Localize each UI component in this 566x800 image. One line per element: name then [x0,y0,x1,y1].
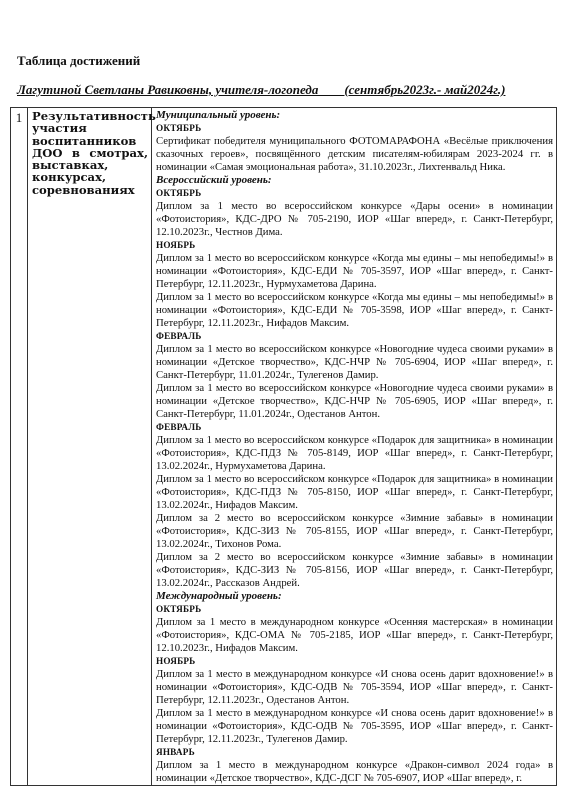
month-heading: ОКТЯБРЬ [156,603,553,616]
month-heading: ФЕВРАЛЬ [156,421,553,434]
achievement-entry: Диплом за 1 место в международном конкур… [156,707,553,746]
category-cell: Результативность участия воспитанников Д… [28,108,152,786]
month-heading: ФЕВРАЛЬ [156,330,553,343]
achievement-entry: Диплом за 2 место во всероссийском конку… [156,551,553,590]
achievement-entry: Диплом за 1 место в международном конкур… [156,616,553,655]
achievement-entry: Диплом за 1 место в международном конкур… [156,759,553,785]
month-heading: ОКТЯБРЬ [156,122,553,135]
achievement-entry: Диплом за 1 место во всероссийском конку… [156,434,553,473]
achievement-entry: Диплом за 2 место во всероссийском конку… [156,512,553,551]
level-heading: Муниципальный уровень: [156,109,553,122]
document-title: Таблица достижений [17,53,140,69]
document-subtitle: Лагутиной Светланы Равиковны, учителя-ло… [17,82,505,98]
achievement-entry: Диплом за 1 место во всероссийском конку… [156,382,553,421]
row-number: 1 [11,108,28,786]
month-heading: ЯНВАРЬ [156,746,553,759]
table-row: 1 Результативность участия воспитанников… [11,108,557,786]
achievement-entry: Диплом за 1 место во всероссийском конку… [156,252,553,291]
achievement-entry: Диплом за 1 место в международном конкур… [156,668,553,707]
achievement-entry: Диплом за 1 место во всероссийском конку… [156,200,553,239]
achievement-entry: Сертификат победителя муниципального ФОТ… [156,135,553,174]
achievements-cell: Муниципальный уровень:ОКТЯБРЬСертификат … [152,108,557,786]
achievements-table: 1 Результативность участия воспитанников… [10,107,557,786]
month-heading: НОЯБРЬ [156,239,553,252]
achievement-entry: Диплом за 1 место во всероссийском конку… [156,473,553,512]
month-heading: ОКТЯБРЬ [156,187,553,200]
level-heading: Всероссийский уровень: [156,174,553,187]
achievement-entry: Диплом за 1 место во всероссийском конку… [156,343,553,382]
level-heading: Международный уровень: [156,590,553,603]
achievement-entry: Диплом за 1 место во всероссийском конку… [156,291,553,330]
month-heading: НОЯБРЬ [156,655,553,668]
